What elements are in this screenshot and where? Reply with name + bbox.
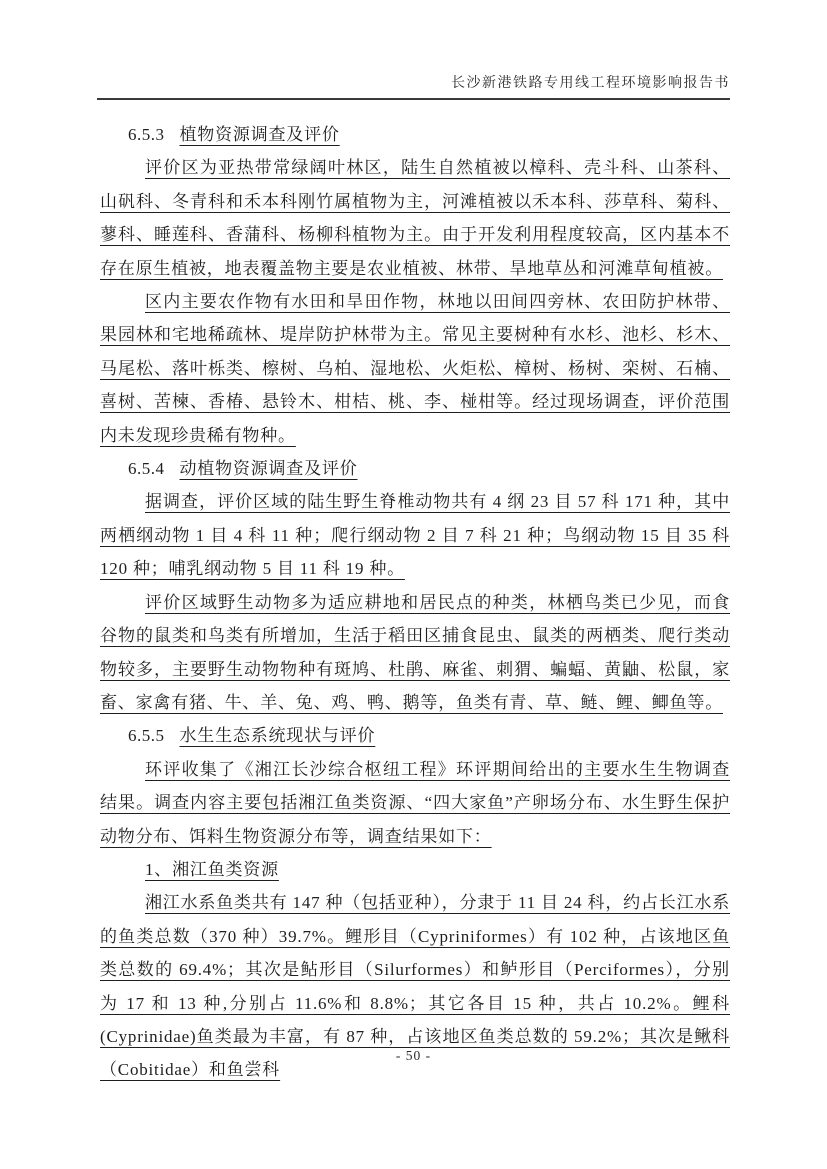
section-title: 动植物资源调查及评价 [180,459,358,478]
section-title: 植物资源调查及评价 [180,125,340,144]
paragraph-aquatic-survey-intro: 环评收集了《湘江长沙综合枢纽工程》环评期间给出的主要水生生物调查结果。调查内容主… [100,753,730,853]
section-heading-6-5-5: 6.5.5水生生态系统现状与评价 [100,719,730,752]
subheading-xiangjiang-fish-resources: 1、湘江鱼类资源 [100,853,730,886]
page-header: 长沙新港铁路专用线工程环境影响报告书 [97,72,730,100]
page-number: - 50 - [396,1048,431,1063]
section-number: 6.5.4 [128,459,165,478]
section-heading-6-5-4: 6.5.4动植物资源调查及评价 [100,452,730,485]
section-title: 水生生态系统现状与评价 [180,726,376,745]
section-number: 6.5.5 [128,726,165,745]
document-page: 长沙新港铁路专用线工程环境影响报告书 6.5.3植物资源调查及评价 评价区为亚热… [0,0,827,1169]
paragraph-crops-and-trees: 区内主要农作物有水田和旱田作物，林地以田间四旁林、农田防护林带、果园林和宅地稀疏… [100,285,730,452]
header-title: 长沙新港铁路专用线工程环境影响报告书 [451,76,730,91]
paragraph-vertebrate-statistics: 据调查，评价区域的陆生野生脊椎动物共有 4 纲 23 目 57 科 171 种，… [100,485,730,585]
paragraph-wildlife-species: 评价区域野生动物多为适应耕地和居民点的种类，林栖鸟类已少见，而食谷物的鼠类和鸟类… [100,586,730,720]
paragraph-vegetation-overview: 评价区为亚热带常绿阔叶林区，陆生自然植被以樟科、壳斗科、山茶科、山矾科、冬青科和… [100,151,730,285]
section-number: 6.5.3 [128,125,165,144]
page-footer: - 50 - [0,1048,827,1064]
section-heading-6-5-3: 6.5.3植物资源调查及评价 [100,118,730,151]
document-content: 6.5.3植物资源调查及评价 评价区为亚热带常绿阔叶林区，陆生自然植被以樟科、壳… [100,118,730,1087]
